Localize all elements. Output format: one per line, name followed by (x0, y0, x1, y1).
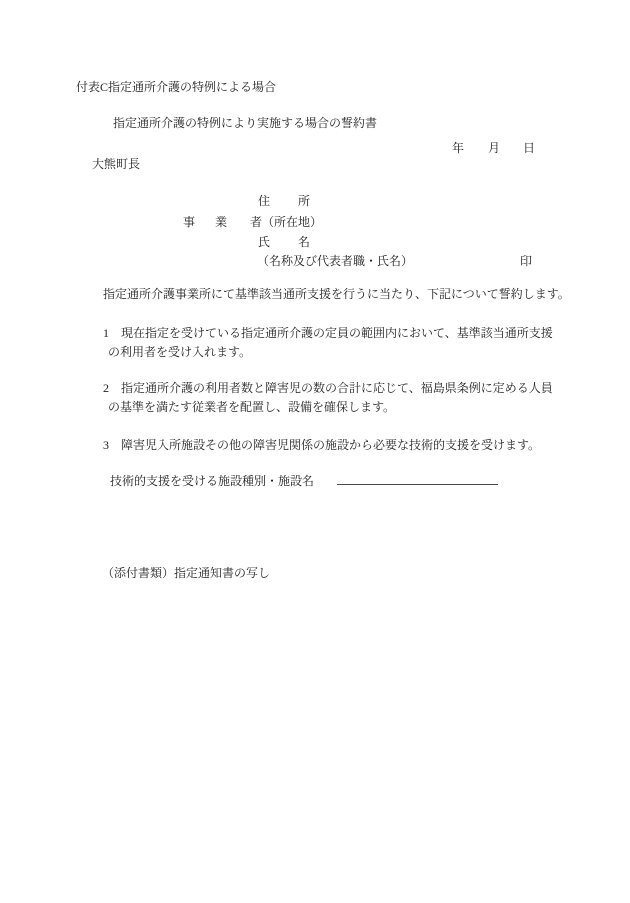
operator-label-char-3-location: 者（所在地） (250, 213, 322, 230)
addressee: 大熊町長 (92, 157, 140, 172)
facility-field-label: 技術的支援を受ける施設種別・施設名 (110, 474, 314, 489)
pledge-item-2: 2 指定通所介護の利用者数と障害児の数の合計に応じて、福島県条例に定める人員 の… (108, 379, 560, 417)
pledge-intro: 指定通所介護事業所にて基準該当通所支援を行うに当たり、下記について誓約します。 (103, 287, 573, 302)
document-title: 指定通所介護の特例により実施する場合の誓約書 (113, 116, 377, 131)
operator-label-char-1: 事 (183, 213, 195, 230)
document-page: 付表C指定通所介護の特例による場合 指定通所介護の特例により実施する場合の誓約書… (0, 0, 630, 903)
operator-label-char-2: 業 (215, 213, 227, 230)
address-label-char-2: 所 (298, 192, 310, 209)
name-label-char-2: 名 (298, 233, 310, 250)
name-note: （名称及び代表者職・氏名） (257, 252, 413, 269)
date-month-label: 月 (488, 139, 500, 156)
header-note: 付表C指定通所介護の特例による場合 (76, 80, 276, 95)
attachment-note: （添付書類）指定通知書の写し (102, 566, 270, 581)
name-label-char-1: 氏 (258, 233, 270, 250)
date-day-label: 日 (523, 139, 535, 156)
pledge-item-1: 1 現在指定を受けている指定通所介護の定員の範囲内において、基準該当通所支援 の… (108, 324, 560, 362)
address-label-char-1: 住 (258, 192, 270, 209)
seal-label: 印 (520, 252, 532, 269)
pledge-item-3: 3 障害児入所施設その他の障害児関係の施設から必要な技術的支援を受けます。 (108, 436, 560, 455)
date-year-label: 年 (452, 139, 464, 156)
facility-name-blank-field (337, 484, 498, 485)
